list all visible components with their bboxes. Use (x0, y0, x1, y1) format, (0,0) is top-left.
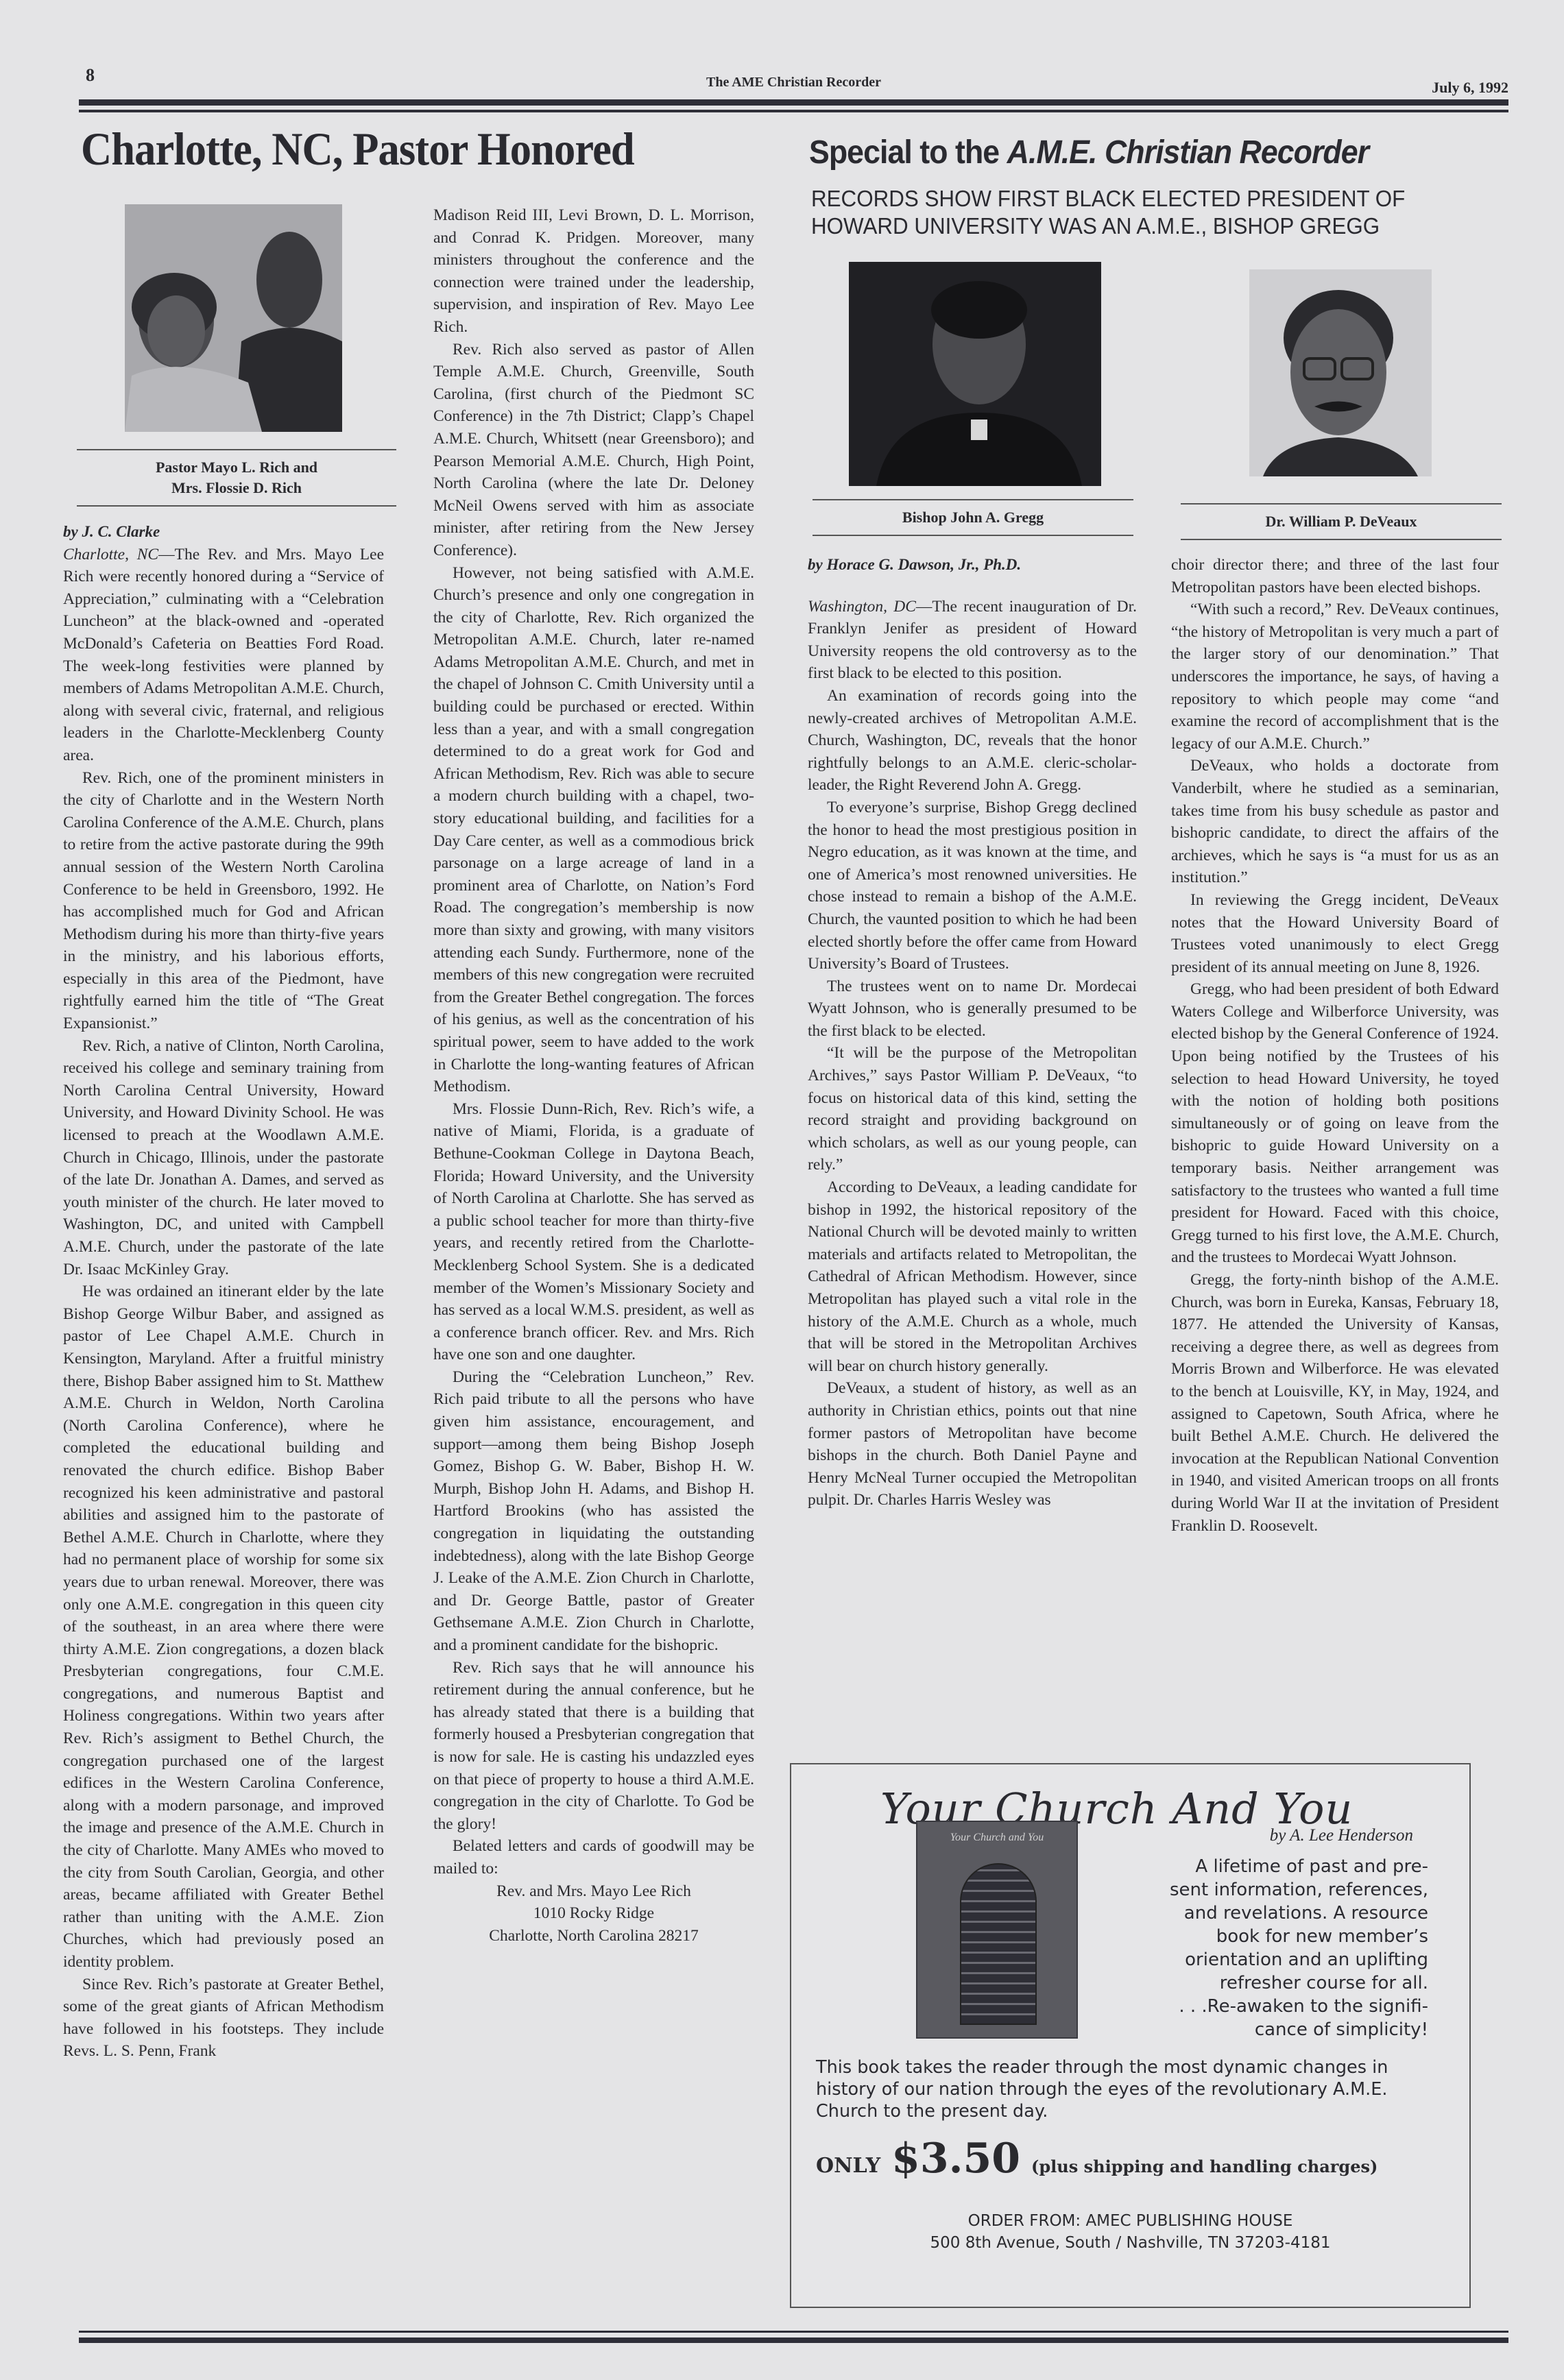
byline-dawson: by Horace G. Dawson, Jr., Ph.D. (808, 554, 1137, 576)
paragraph: Mrs. Flossie Dunn-Rich, Rev. Rich’s wife… (433, 1098, 754, 1366)
paragraph: Washington, DC—The recent inauguration o… (808, 596, 1137, 685)
paragraph: An examination of records going into the… (808, 685, 1137, 797)
photo-deveaux (1249, 269, 1432, 476)
headline-italic: A.M.E. Christian Recorder (1007, 134, 1369, 171)
paragraph: “With such a record,” Rev. DeVeaux conti… (1171, 598, 1499, 755)
order-line-1: ORDER FROM: AMEC PUBLISHING HOUSE (791, 2210, 1469, 2232)
paragraph: In reviewing the Gregg incident, DeVeaux… (1171, 889, 1499, 978)
paragraph: DeVeaux, who holds a doctorate from Vand… (1171, 755, 1499, 889)
caption-deveaux: Dr. William P. DeVeaux (1181, 503, 1502, 540)
paragraph: He was ordained an itinerant elder by th… (63, 1280, 384, 1973)
caption-gregg: Bishop John A. Gregg (813, 499, 1133, 536)
paragraph: Rev. Rich, one of the prominent minister… (63, 767, 384, 1035)
ad-order-info: ORDER FROM: AMEC PUBLISHING HOUSE 500 8t… (791, 2210, 1469, 2254)
ad-price-row: ONLY $3.50 (plus shipping and handling c… (816, 2135, 1377, 2183)
ad-price: $3.50 (891, 2135, 1020, 2183)
portrait-icon (849, 262, 1101, 486)
book-advertisement: Your Church And You by A. Lee Henderson … (790, 1763, 1471, 2308)
paragraph: Madison Reid III, Levi Brown, D. L. Morr… (433, 204, 754, 339)
paragraph: DeVeaux, a student of history, as well a… (808, 1377, 1137, 1511)
paragraph: Since Rev. Rich’s pastorate at Greater B… (63, 1974, 384, 2063)
couple-photo-icon (125, 204, 342, 432)
paragraph: choir director there; and three of the l… (1171, 554, 1499, 598)
ad-author: by A. Lee Henderson (1270, 1826, 1413, 1845)
ad-price-note: (plus shipping and handling charges) (1031, 2157, 1377, 2176)
address-line-3: Charlotte, North Carolina 28217 (433, 1925, 754, 1947)
paragraph: According to DeVeaux, a leading candidat… (808, 1176, 1137, 1377)
book-cover-image: Your Church and You (916, 1821, 1078, 2039)
paragraph: Gregg, the forty-ninth bishop of the A.M… (1171, 1269, 1499, 1537)
paragraph: Rev. Rich also served as pastor of Allen… (433, 339, 754, 562)
issue-date: July 6, 1992 (1432, 79, 1508, 97)
dateline: Charlotte, NC (63, 546, 158, 563)
publication-name: The AME Christian Recorder (79, 75, 1508, 90)
caption-line-1: Pastor Mayo L. Rich and (77, 457, 396, 478)
headline-special: Special to the A.M.E. Christian Recorder (809, 134, 1369, 171)
caption-line-2: Mrs. Flossie D. Rich (77, 478, 396, 498)
address-line-2: 1010 Rocky Ridge (433, 1902, 754, 1925)
paragraph: During the “Celebration Luncheon,” Rev. … (433, 1366, 754, 1657)
paragraph: Rev. Rich says that he will announce his… (433, 1657, 754, 1836)
paragraph: “It will be the purpose of the Metropoli… (808, 1042, 1137, 1176)
book-cover-title: Your Church and You (924, 1832, 1070, 1844)
paragraph: Rev. Rich, a native of Clinton, North Ca… (63, 1035, 384, 1281)
paragraph: To everyone’s surprise, Bishop Gregg dec… (808, 797, 1137, 975)
mailing-address: Rev. and Mrs. Mayo Lee Rich 1010 Rocky R… (433, 1880, 754, 1947)
paragraph: Belated letters and cards of goodwill ma… (433, 1835, 754, 1880)
byline-clarke: by J. C. Clarke (63, 521, 384, 544)
article-right-column-4: choir director there; and three of the l… (1171, 554, 1499, 1537)
paragraph: The trustees went on to name Dr. Mordeca… (808, 975, 1137, 1043)
order-line-2: 500 8th Avenue, South / Nashville, TN 37… (791, 2232, 1469, 2254)
newspaper-page: 8 The AME Christian Recorder July 6, 199… (0, 0, 1564, 2380)
address-line-1: Rev. and Mrs. Mayo Lee Rich (433, 1880, 754, 1903)
dateline: Washington, DC (808, 598, 916, 616)
ad-blurb: A lifetime of past and pre- sent informa… (1099, 1855, 1428, 2041)
ad-description: This book takes the reader through the m… (816, 2056, 1454, 2122)
caption-gregg-text: Bishop John A. Gregg (813, 507, 1133, 528)
article-right-column-3: by Horace G. Dawson, Jr., Ph.D. Washingt… (808, 554, 1137, 1511)
paragraph: Charlotte, NC—The Rev. and Mrs. Mayo Lee… (63, 544, 384, 767)
stained-glass-window-icon (960, 1863, 1037, 2025)
photo-couple (125, 204, 342, 432)
portrait-icon (1249, 269, 1432, 476)
headline-prefix: Special to the (809, 134, 1007, 171)
headline-charlotte: Charlotte, NC, Pastor Honored (81, 122, 634, 176)
footer-rule-thin (79, 2331, 1508, 2333)
caption-couple: Pastor Mayo L. Rich and Mrs. Flossie D. … (77, 449, 396, 507)
paragraph: Gregg, who had been president of both Ed… (1171, 978, 1499, 1269)
article-left-column-1: by J. C. Clarke Charlotte, NC—The Rev. a… (63, 521, 384, 2063)
subhead: RECORDS SHOW FIRST BLACK ELECTED PRESIDE… (811, 185, 1463, 240)
article-left-column-2: Madison Reid III, Levi Brown, D. L. Morr… (433, 204, 754, 1947)
footer-rule-thick (79, 2337, 1508, 2343)
photo-bishop-gregg (849, 262, 1101, 486)
masthead-rule-thick (79, 99, 1508, 106)
ad-only-label: ONLY (816, 2154, 880, 2178)
caption-deveaux-text: Dr. William P. DeVeaux (1181, 511, 1502, 532)
masthead-rule-thin (79, 110, 1508, 112)
paragraph: However, not being satisfied with A.M.E.… (433, 562, 754, 1098)
